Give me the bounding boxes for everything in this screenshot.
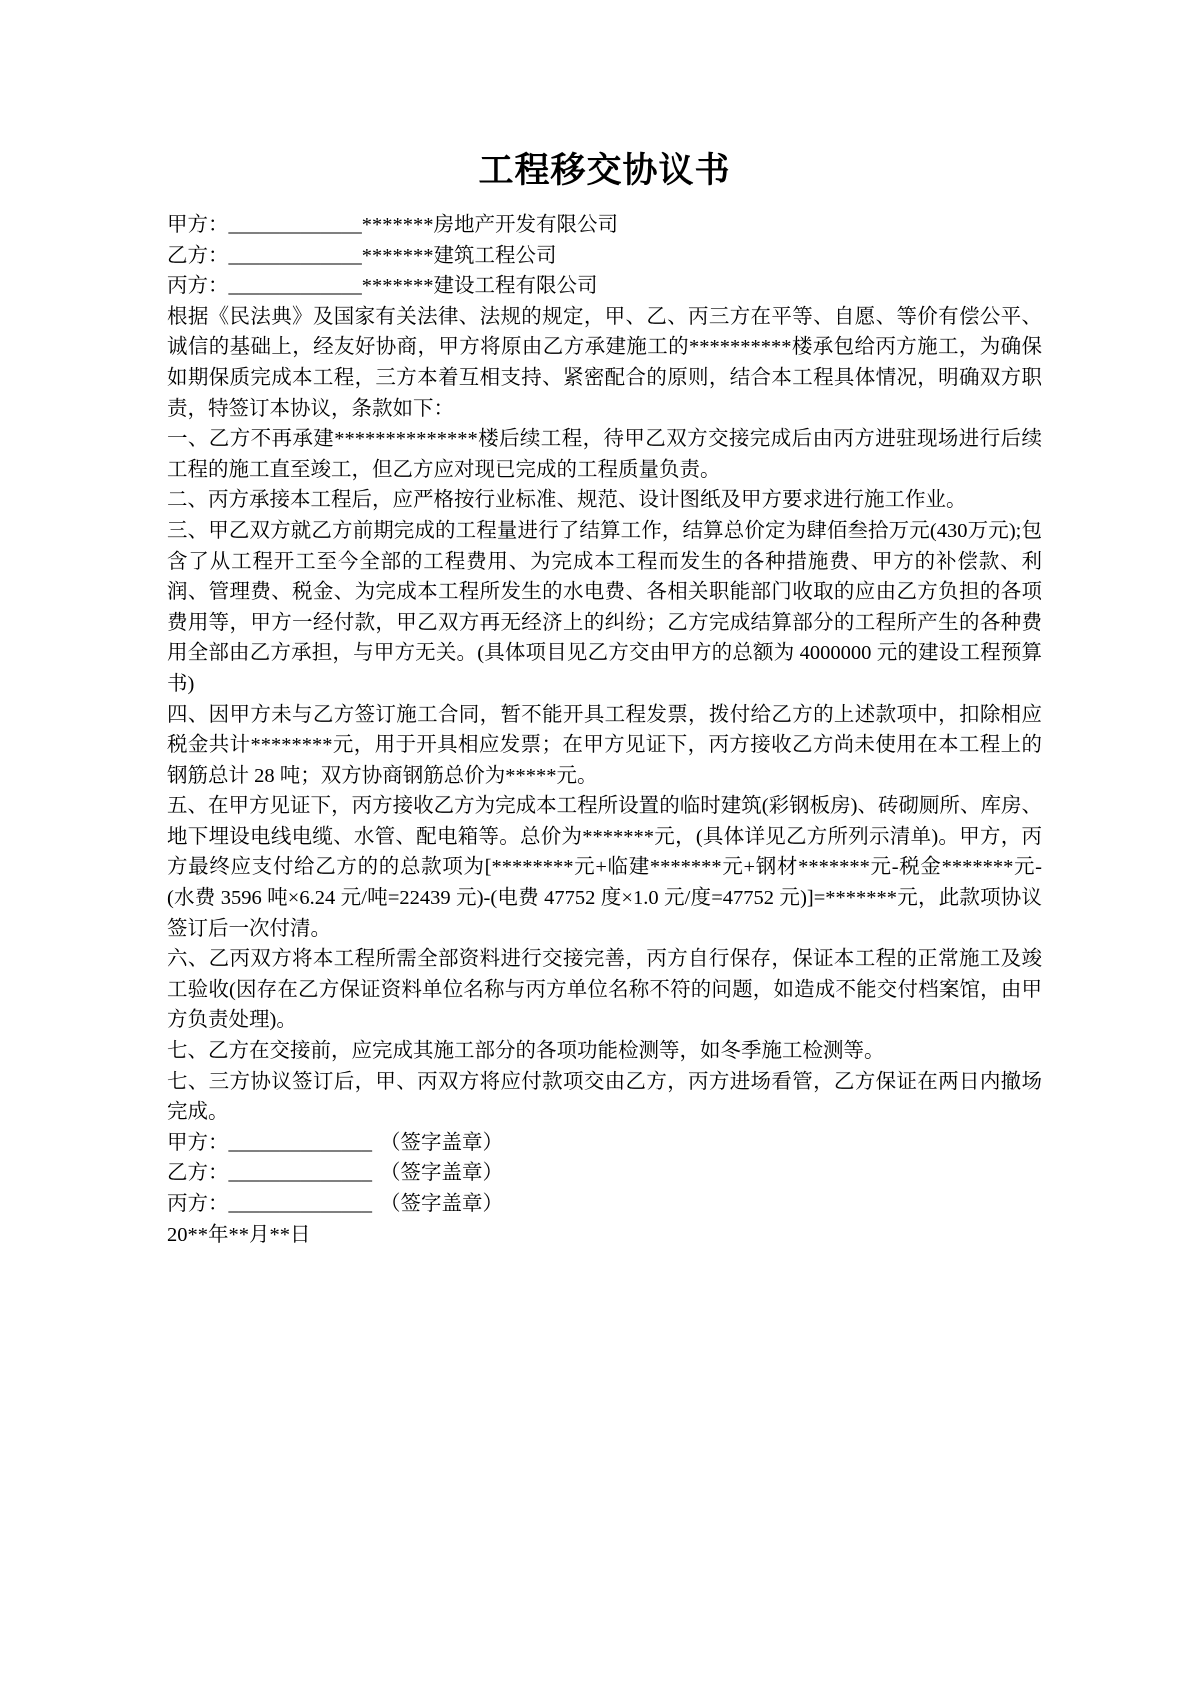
party-a-blank-field: _____________ bbox=[229, 214, 362, 236]
signature-c-label: 丙方： bbox=[167, 1193, 229, 1215]
signature-line-a: 甲方：______________（签字盖章） bbox=[167, 1128, 1042, 1159]
clause-2: 二、丙方承接本工程后，应严格按行业标准、规范、设计图纸及甲方要求进行施工作业。 bbox=[167, 485, 1042, 516]
signature-line-c: 丙方：______________（签字盖章） bbox=[167, 1189, 1042, 1220]
clause-6: 六、乙丙双方将本工程所需全部资料进行交接完善，丙方自行保存，保证本工程的正常施工… bbox=[167, 944, 1042, 1036]
clause-3: 三、甲乙双方就乙方前期完成的工程量进行了结算工作，结算总价定为肆佰叁拾万元(43… bbox=[167, 516, 1042, 700]
signature-c-seal-note: （签字盖章） bbox=[380, 1193, 503, 1215]
signature-a-seal-note: （签字盖章） bbox=[380, 1132, 503, 1154]
party-b-name: *******建筑工程公司 bbox=[362, 245, 557, 267]
signature-b-blank-field: ______________ bbox=[229, 1162, 373, 1184]
clause-5: 五、在甲方见证下，丙方接收乙方为完成本工程所设置的临时建筑(彩钢板房)、砖砌厕所… bbox=[167, 791, 1042, 944]
clause-1: 一、乙方不再承建**************楼后续工程，待甲乙双方交接完成后由丙… bbox=[167, 424, 1042, 485]
clause-8: 七、三方协议签订后，甲、丙双方将应付款项交由乙方，丙方进场看管，乙方保证在两日内… bbox=[167, 1067, 1042, 1128]
party-a-name: *******房地产开发有限公司 bbox=[362, 214, 618, 236]
clause-4: 四、因甲方未与乙方签订施工合同，暂不能开具工程发票，拨付给乙方的上述款项中，扣除… bbox=[167, 700, 1042, 792]
signature-a-blank-field: ______________ bbox=[229, 1132, 373, 1154]
clause-7: 七、乙方在交接前，应完成其施工部分的各项功能检测等，如冬季施工检测等。 bbox=[167, 1036, 1042, 1067]
signature-b-seal-note: （签字盖章） bbox=[380, 1162, 503, 1184]
party-c-name: *******建设工程有限公司 bbox=[362, 275, 598, 297]
party-line-a: 甲方：_____________*******房地产开发有限公司 bbox=[167, 210, 1042, 241]
party-b-blank-field: _____________ bbox=[229, 245, 362, 267]
party-line-c: 丙方：_____________*******建设工程有限公司 bbox=[167, 271, 1042, 302]
signature-a-label: 甲方： bbox=[167, 1132, 229, 1154]
preamble-paragraph: 根据《民法典》及国家有关法律、法规的规定，甲、乙、丙三方在平等、自愿、等价有偿公… bbox=[167, 302, 1042, 424]
document-title: 工程移交协议书 bbox=[167, 148, 1042, 194]
party-c-blank-field: _____________ bbox=[229, 275, 362, 297]
party-b-label: 乙方： bbox=[167, 245, 229, 267]
party-a-label: 甲方： bbox=[167, 214, 229, 236]
signature-b-label: 乙方： bbox=[167, 1162, 229, 1184]
document-page: 工程移交协议书 甲方：_____________*******房地产开发有限公司… bbox=[0, 0, 1190, 1683]
signature-c-blank-field: ______________ bbox=[229, 1193, 373, 1215]
date-line: 20**年**月**日 bbox=[167, 1220, 1042, 1251]
party-line-b: 乙方：_____________*******建筑工程公司 bbox=[167, 241, 1042, 272]
signature-line-b: 乙方：______________（签字盖章） bbox=[167, 1158, 1042, 1189]
party-c-label: 丙方： bbox=[167, 275, 229, 297]
